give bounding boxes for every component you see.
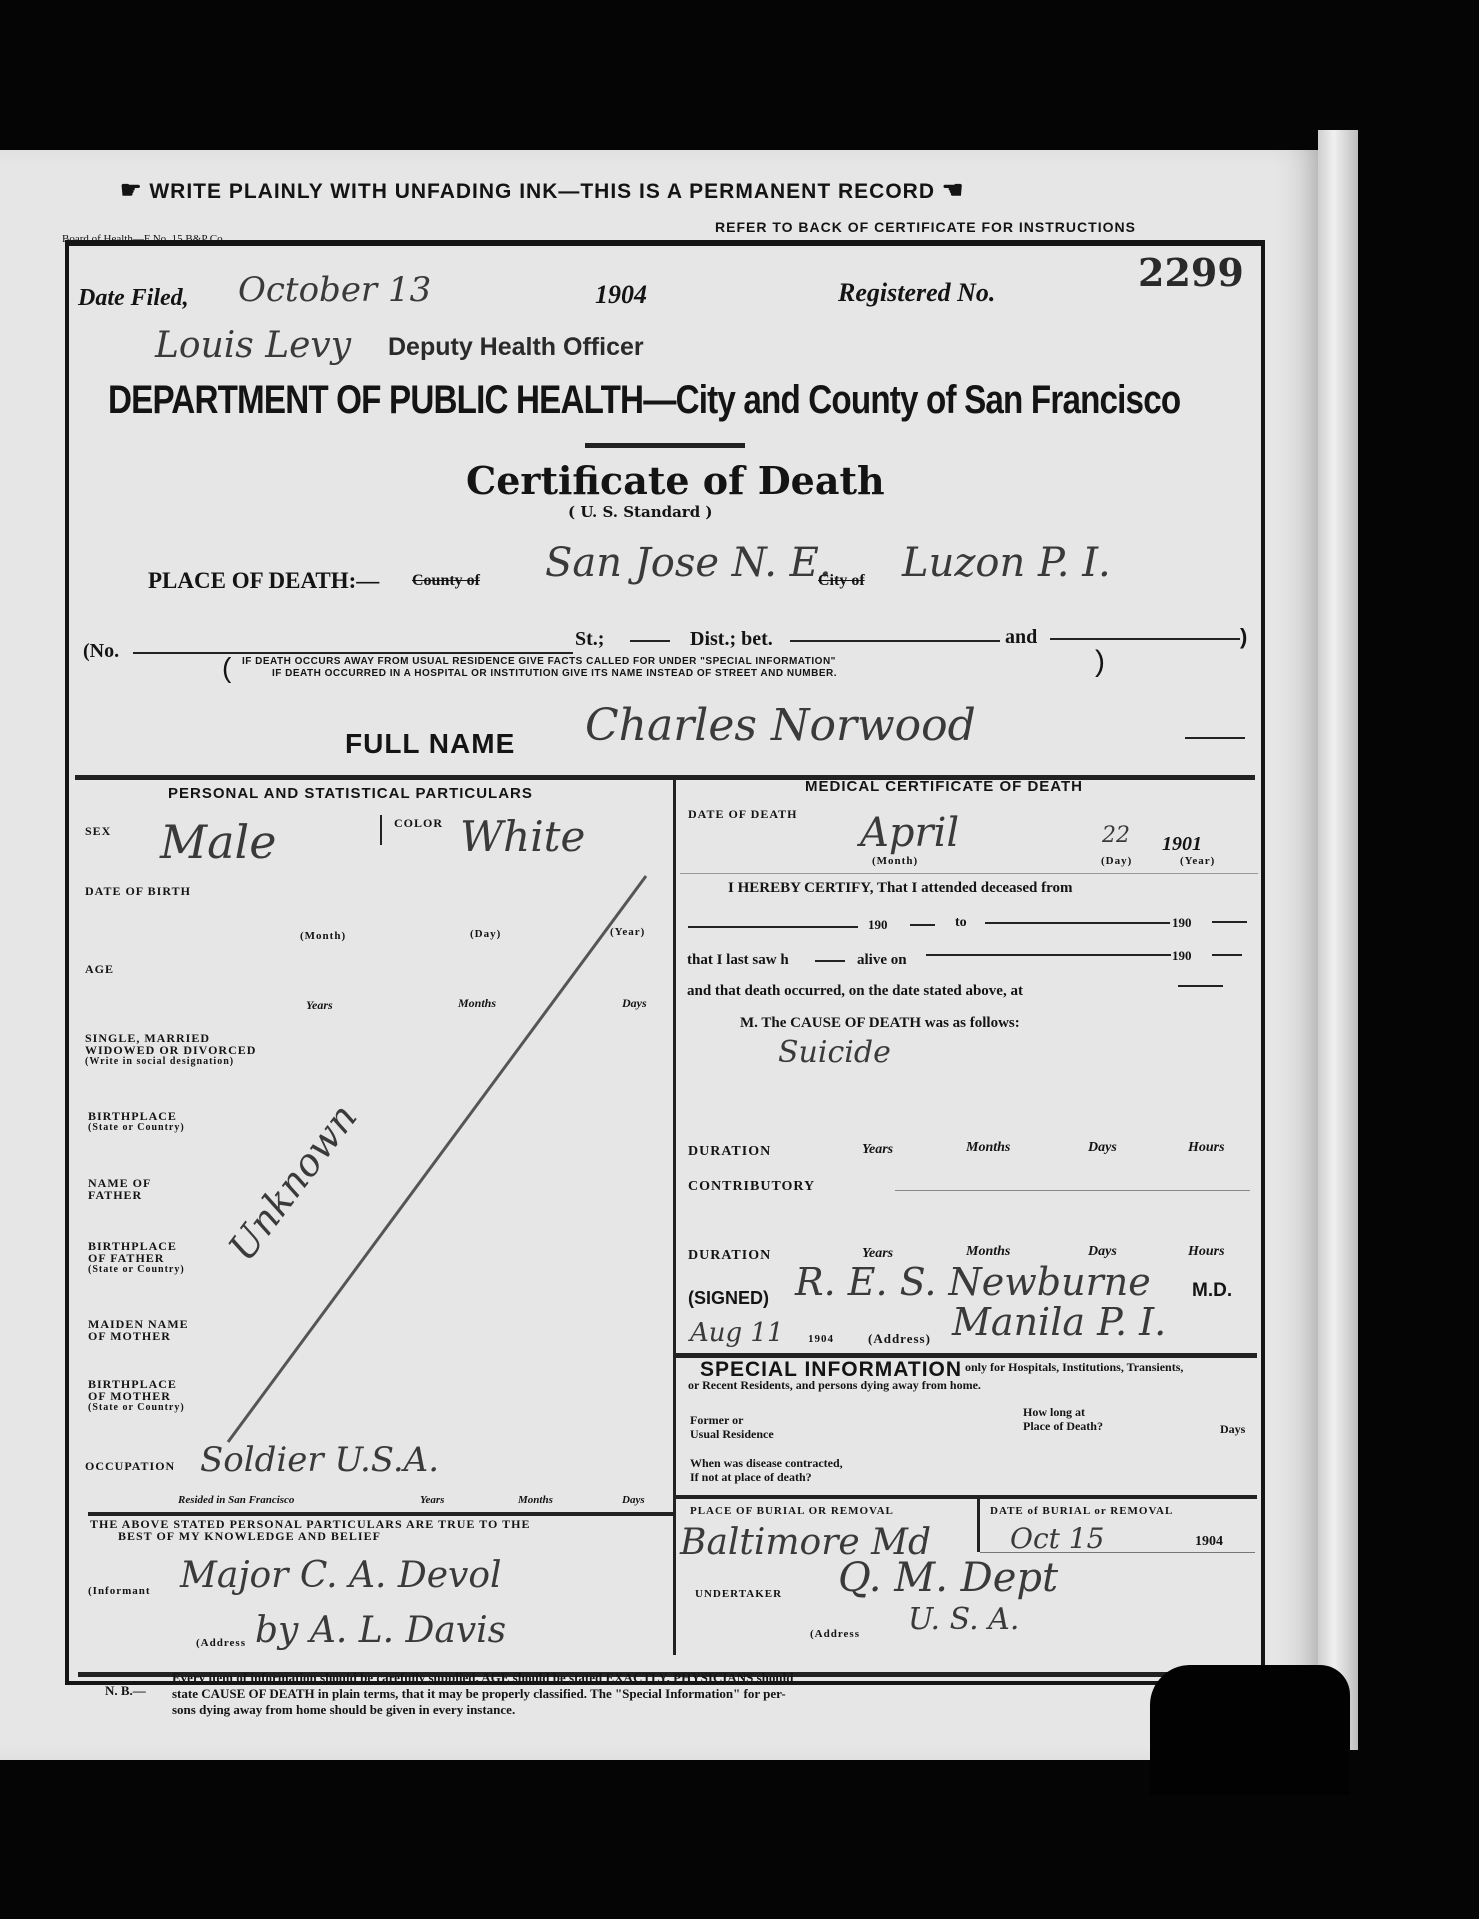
officer-title: Deputy Health Officer <box>388 333 644 362</box>
dod-year-caption: (Year) <box>1180 855 1215 867</box>
footnote-prefix: N. B.— <box>105 1683 146 1699</box>
dod-label: DATE OF DEATH <box>688 808 797 820</box>
officer-signature: Louis Levy <box>155 325 351 366</box>
duration-hours-2: Hours <box>1188 1244 1225 1260</box>
father-name-label-2: FATHER <box>88 1189 142 1201</box>
physician-address-value: Manila P. I. <box>952 1300 1166 1344</box>
dash-a <box>910 924 935 926</box>
pointing-hand-icon: ☛ <box>120 177 143 204</box>
color-label: COLOR <box>394 817 443 829</box>
informant-address-value: by A. L. Davis <box>255 1610 506 1651</box>
cause-label: M. The CAUSE OF DEATH was as follows: <box>740 1015 1020 1032</box>
informant-statement-2: BEST OF MY KNOWLEDGE AND BELIEF <box>118 1530 381 1542</box>
duration-days-1: Days <box>1088 1140 1117 1156</box>
full-name-label: FULL NAME <box>345 728 515 760</box>
signed-date: Aug 11 <box>690 1318 784 1348</box>
contributory-line <box>895 1190 1250 1191</box>
banner: ☛ WRITE PLAINLY WITH UNFADING INK—THIS I… <box>120 176 964 205</box>
address-no-label: (No. <box>83 640 119 663</box>
former-residence-1: Former or <box>690 1413 743 1428</box>
burial-date-value: Oct 15 <box>1010 1522 1104 1555</box>
dash-b <box>1212 921 1247 923</box>
paren-open: ( <box>222 652 231 684</box>
from-line <box>688 926 858 928</box>
alive-on-line <box>926 954 1171 956</box>
certificate-title: Certificate of Death <box>466 458 885 503</box>
duration-label-2: DURATION <box>688 1250 771 1262</box>
burial-date-line <box>980 1552 1255 1553</box>
full-name-value: Charles Norwood <box>585 700 976 751</box>
and-line <box>1050 638 1240 640</box>
burial-split <box>977 1497 980 1552</box>
dod-underline <box>680 873 1258 874</box>
last-saw-line <box>815 960 845 962</box>
duration-months-1: Months <box>966 1140 1010 1156</box>
year-190-a: 190 <box>868 917 888 933</box>
sex-color-divider <box>380 815 382 845</box>
informant-divider <box>88 1512 673 1516</box>
undertaker-label: UNDERTAKER <box>695 1588 782 1600</box>
burial-date-year: 1904 <box>1195 1534 1223 1550</box>
pointing-hand-icon: ☚ <box>942 177 965 204</box>
md-label: M.D. <box>1192 1280 1232 1302</box>
date-filed-year: 1904 <box>595 280 647 310</box>
city-value: Luzon P. I. <box>902 540 1111 586</box>
how-long-1: How long at <box>1023 1405 1085 1420</box>
duration-hours-1: Hours <box>1188 1140 1225 1156</box>
certificate-subtitle: ( U. S. Standard ) <box>568 503 713 521</box>
personal-heading: PERSONAL AND STATISTICAL PARTICULARS <box>168 785 533 802</box>
page-edge <box>1318 130 1358 1750</box>
dist-line <box>790 640 1000 642</box>
mother-name-label-2: OF MOTHER <box>88 1330 171 1342</box>
paren-close: ) <box>1240 624 1247 650</box>
registered-number: 2299 <box>1138 250 1244 295</box>
dod-year: 1901 <box>1162 833 1202 856</box>
age-label: AGE <box>85 963 114 975</box>
scanner-thumb-shadow <box>1150 1665 1350 1795</box>
strike-through-line <box>180 870 660 1450</box>
occupation-value: Soldier U.S.A. <box>200 1440 439 1480</box>
dob-label: DATE OF BIRTH <box>85 885 191 897</box>
resided-years: Years <box>420 1494 444 1506</box>
footnote-line-2: state CAUSE OF DEATH in plain terms, tha… <box>172 1686 786 1702</box>
mother-bp-label-3: (State or Country) <box>88 1402 185 1414</box>
burial-date-label: DATE of BURIAL or REMOVAL <box>990 1505 1173 1517</box>
year-190-b: 190 <box>1172 915 1192 931</box>
footnote-line-1: Every item of information should be care… <box>172 1670 793 1686</box>
paren-close-2: ) <box>1095 645 1105 679</box>
divider <box>585 443 745 448</box>
informant-address-label: (Address <box>196 1637 246 1649</box>
mother-bp-label-2: OF MOTHER <box>88 1390 171 1402</box>
name-line-end <box>1185 737 1245 739</box>
former-residence-2: Usual Residence <box>690 1427 774 1442</box>
informant-value: Major C. A. Devol <box>180 1555 502 1596</box>
dod-day-caption: (Day) <box>1101 855 1132 867</box>
dod-month-caption: (Month) <box>872 855 918 867</box>
contracted-1: When was disease contracted, <box>690 1456 843 1471</box>
no-line <box>133 652 573 654</box>
district-label: Dist.; bet. <box>690 628 773 651</box>
dash-c <box>1212 954 1242 956</box>
burial-place-label: PLACE OF BURIAL OR REMOVAL <box>690 1505 894 1517</box>
occurred-line <box>1178 985 1223 987</box>
dod-day: 22 <box>1102 823 1130 848</box>
contracted-2: If not at place of death? <box>690 1470 812 1485</box>
place-of-death-label: PLACE OF DEATH:— <box>148 568 379 594</box>
dod-month: April <box>860 810 959 856</box>
special-note-2: or Recent Residents, and persons dying a… <box>688 1378 981 1393</box>
signed-year: 1904 <box>808 1333 834 1345</box>
and-label: and <box>1005 626 1037 649</box>
medical-heading: MEDICAL CERTIFICATE OF DEATH <box>805 778 1083 795</box>
street-label: St.; <box>575 628 604 651</box>
sex-label: SEX <box>85 825 111 837</box>
city-label: City of <box>818 572 865 590</box>
how-long-2: Place of Death? <box>1023 1419 1103 1434</box>
to-line <box>985 922 1170 924</box>
date-filed-label: Date Filed, <box>78 285 189 312</box>
informant-label: (Informant <box>88 1585 151 1597</box>
date-filed-value: October 13 <box>238 270 431 310</box>
residence-note-1: IF DEATH OCCURS AWAY FROM USUAL RESIDENC… <box>242 656 836 667</box>
duration-label-1: DURATION <box>688 1146 771 1158</box>
undertaker-address-value: U. S. A. <box>908 1602 1019 1637</box>
occupation-label: OCCUPATION <box>85 1460 175 1472</box>
certify-text: I HEREBY CERTIFY, That I attended deceas… <box>728 880 1073 897</box>
residence-note-2: IF DEATH OCCURRED IN A HOSPITAL OR INSTI… <box>272 668 837 679</box>
birthplace-label: BIRTHPLACE <box>88 1110 177 1122</box>
physician-signature: R. E. S. Newburne <box>795 1260 1151 1304</box>
column-divider <box>673 775 676 1655</box>
to-label: to <box>955 915 967 931</box>
physician-address-label: (Address) <box>868 1333 931 1345</box>
special-note-1: only for Hospitals, Institutions, Transi… <box>965 1360 1183 1375</box>
resided-months: Months <box>518 1494 553 1506</box>
signed-label: (SIGNED) <box>688 1288 769 1309</box>
last-saw-text: that I last saw h <box>687 952 789 969</box>
sex-value: Male <box>160 815 276 869</box>
registered-label: Registered No. <box>838 278 995 308</box>
birthplace-sub: (State or Country) <box>88 1122 185 1134</box>
county-value: San Jose N. E. <box>545 540 832 586</box>
duration-years-1: Years <box>862 1142 893 1158</box>
contributory-label: CONTRIBUTORY <box>688 1181 815 1193</box>
cause-value: Suicide <box>778 1035 891 1070</box>
undertaker-value: Q. M. Dept <box>838 1555 1058 1601</box>
alive-on-text: alive on <box>857 952 907 969</box>
resided-label: Resided in San Francisco <box>178 1494 294 1506</box>
department-heading: DEPARTMENT OF PUBLIC HEALTH—City and Cou… <box>108 378 1180 423</box>
refer-instructions: REFER TO BACK OF CERTIFICATE FOR INSTRUC… <box>715 219 1136 235</box>
how-long-days: Days <box>1220 1422 1245 1437</box>
occurred-text: and that death occurred, on the date sta… <box>687 983 1023 1000</box>
undertaker-address-label: (Address <box>810 1628 860 1640</box>
burial-divider <box>675 1495 1257 1499</box>
father-bp-label-3: (State or Country) <box>88 1264 185 1276</box>
father-bp-label-2: OF FATHER <box>88 1252 164 1264</box>
color-value: White <box>460 812 585 861</box>
county-label: County of <box>412 572 480 590</box>
st-line <box>630 640 670 642</box>
year-190-c: 190 <box>1172 948 1192 964</box>
duration-days-2: Days <box>1088 1244 1117 1260</box>
footnote-line-3: sons dying away from home should be give… <box>172 1702 515 1718</box>
resided-days: Days <box>622 1494 645 1506</box>
duration-months-2: Months <box>966 1244 1010 1260</box>
